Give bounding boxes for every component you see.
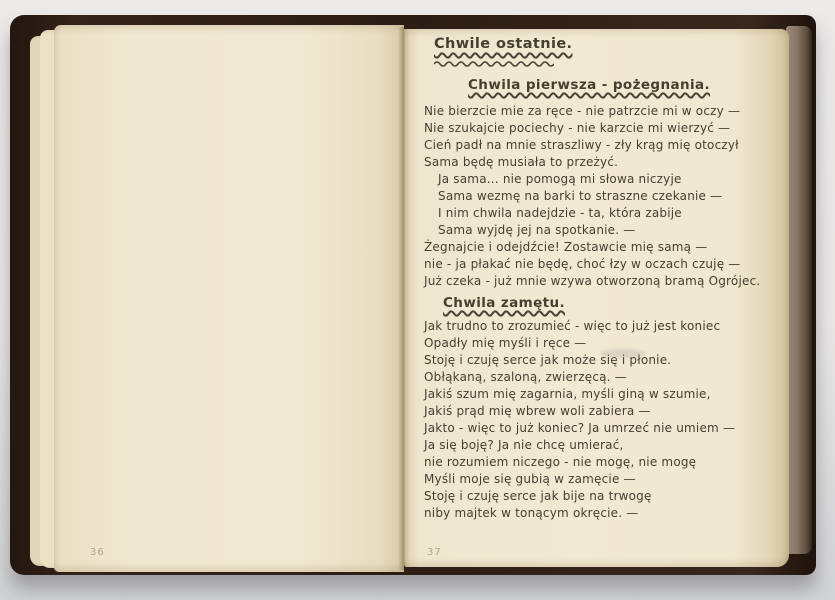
- page-number-right: 37: [427, 547, 442, 558]
- poem-line: Obłąkaną, szaloną, zwierzęcą. —: [424, 369, 790, 386]
- poem-line: Sama będę musiała to przeżyć.: [424, 154, 790, 171]
- poem-line: Jakiś szum mię zagarnia, myśli giną w sz…: [424, 386, 790, 403]
- poem-line: Nie bierzcie mie za ręce - nie patrzcie …: [424, 103, 790, 120]
- poem-line: Ja sama... nie pomogą mi słowa niczyje: [424, 171, 790, 188]
- poem-line: niby majtek w tonącym okręcie. —: [424, 505, 790, 522]
- poem-line: Żegnajcie i odejdźcie! Zostawcie mię sam…: [424, 239, 790, 256]
- poem-line: Już czeka - już mnie wzywa otworzoną bra…: [424, 273, 790, 290]
- photo-background: Chwile ostatnie. Chwila pierwsza - pożeg…: [0, 0, 835, 600]
- poem-line: Stoję i czuję serce jak bije na trwogę: [424, 488, 790, 505]
- poem-line: Jakto - więc to już koniec? Ja umrzeć ni…: [424, 420, 790, 437]
- poem-line: Cień padł na mnie straszliwy - zły krąg …: [424, 137, 790, 154]
- poem-line: I nim chwila nadejdzie - ta, która zabij…: [424, 205, 790, 222]
- page-title: Chwile ostatnie.: [434, 36, 572, 52]
- book-gutter-shadow: [398, 27, 410, 570]
- poem-line: Jakiś prąd mię wbrew woli zabiera —: [424, 403, 790, 420]
- stanza-pozegnania: Nie bierzcie mie za ręce - nie patrzcie …: [424, 103, 790, 290]
- stanza-zametu: Jak trudno to zrozumieć - więc to już je…: [424, 318, 790, 522]
- page-number-left: 36: [90, 547, 105, 558]
- poem-line: Nie szukajcie pociechy - nie karzcie mi …: [424, 120, 790, 137]
- poem-line: Jak trudno to zrozumieć - więc to już je…: [424, 318, 790, 335]
- pencil-smudge: [600, 349, 646, 358]
- poem-line: nie rozumiem niczego - nie mogę, nie mog…: [424, 454, 790, 471]
- poem-line: Sama wezmę na barki to straszne czekanie…: [424, 188, 790, 205]
- section-heading-zametu: Chwila zamętu.: [443, 295, 565, 311]
- poem-line: Sama wyjdę jej na spotkanie. —: [424, 222, 790, 239]
- section-heading-pozegnania: Chwila pierwsza - pożegnania.: [468, 77, 710, 93]
- left-page-blank: [54, 25, 404, 572]
- poem-line: Myśli moje się gubią w zamęcie —: [424, 471, 790, 488]
- title-squiggle-underline: [434, 60, 554, 68]
- poem-line: Ja się boję? Ja nie chcę umierać,: [424, 437, 790, 454]
- poem-line: nie - ja płakać nie będę, choć łzy w ocz…: [424, 256, 790, 273]
